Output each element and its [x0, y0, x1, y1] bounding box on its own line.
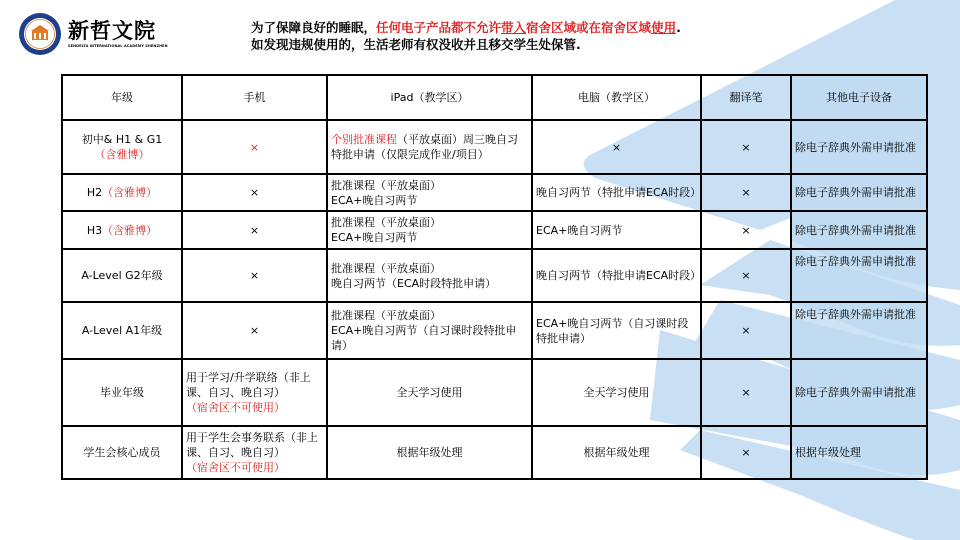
- cell-grade: H3（含雅博）: [62, 211, 182, 249]
- cell-other-devices: 除电子辞典外需申请批准: [791, 211, 927, 249]
- notice-warning-c: 宿舍区域或在宿舍区域: [526, 20, 651, 35]
- cell-grade: H2（含雅博）: [62, 174, 182, 211]
- cell-phone: ×: [182, 174, 327, 211]
- table-header-row: 年级 手机 iPad（教学区） 电脑（教学区） 翻译笔 其他电子设备: [62, 75, 927, 120]
- header-other-devices: 其他电子设备: [791, 75, 927, 120]
- table-row: A-Level G2年级 × 批准课程（平放桌面） 晚自习两节（ECA时段特批申…: [62, 249, 927, 302]
- cell-computer: 晚自习两节（特批申请ECA时段）: [532, 174, 701, 211]
- cell-ipad: 根据年级处理: [327, 426, 532, 479]
- grade-label: H3: [87, 224, 102, 237]
- header-computer: 电脑（教学区）: [532, 75, 701, 120]
- phone-note: 用于学生会事务联系（非上课、自习、晚自习）: [186, 430, 323, 460]
- cell-other-devices: 除电子辞典外需申请批准: [791, 249, 927, 302]
- table-row: A-Level A1年级 × 批准课程（平放桌面） ECA+晚自习两节（自习课时…: [62, 302, 927, 359]
- cell-other-devices: 除电子辞典外需申请批准: [791, 359, 927, 426]
- cell-phone: ×: [182, 211, 327, 249]
- notice-warning-use: 使用: [651, 20, 676, 35]
- cell-grade: 学生会核心成员: [62, 426, 182, 479]
- school-logo: 新哲文院 SENDELTA INTERNATIONAL ACADEMY SHEN…: [18, 12, 168, 56]
- grade-label: H2: [87, 186, 102, 199]
- cell-grade: 初中& H1 & G1 （含雅博）: [62, 120, 182, 174]
- phone-dorm-warning: （宿舍区不可使用）: [186, 460, 323, 475]
- cell-translator-pen: ×: [701, 249, 791, 302]
- grade-label: 初中& H1 & G1: [66, 132, 178, 147]
- cell-computer: 晚自习两节（特批申请ECA时段）: [532, 249, 701, 302]
- grade-note: （含雅博）: [102, 186, 157, 199]
- school-name-cn: 新哲文院: [68, 19, 168, 43]
- header-grade: 年级: [62, 75, 182, 120]
- cell-phone: ×: [182, 120, 327, 174]
- header-translator-pen: 翻译笔: [701, 75, 791, 120]
- cell-ipad: 全天学习使用: [327, 359, 532, 426]
- cell-computer: ECA+晚自习两节: [532, 211, 701, 249]
- cell-phone: ×: [182, 249, 327, 302]
- cell-other-devices: 除电子辞典外需申请批准: [791, 302, 927, 359]
- cell-ipad: 批准课程（平放桌面） ECA+晚自习两节: [327, 211, 532, 249]
- table-row: 初中& H1 & G1 （含雅博） × 个别批准课程（平放桌面）周三晚自习特批申…: [62, 120, 927, 174]
- table-row: 学生会核心成员 用于学生会事务联系（非上课、自习、晚自习） （宿舍区不可使用） …: [62, 426, 927, 479]
- cell-translator-pen: ×: [701, 174, 791, 211]
- notice-prefix: 为了保障良好的睡眠，: [251, 20, 376, 35]
- grade-note: （含雅博）: [102, 224, 157, 237]
- cell-grade: A-Level A1年级: [62, 302, 182, 359]
- cell-translator-pen: ×: [701, 120, 791, 174]
- table-row: H2（含雅博） × 批准课程（平放桌面） ECA+晚自习两节 晚自习两节（特批申…: [62, 174, 927, 211]
- school-emblem-icon: [18, 12, 62, 56]
- school-name-en: SENDELTA INTERNATIONAL ACADEMY SHENZHEN: [68, 43, 168, 49]
- grade-note: （含雅博）: [66, 147, 178, 162]
- cell-translator-pen: ×: [701, 426, 791, 479]
- cell-computer: ECA+晚自习两节（自习课时段特批申请）: [532, 302, 701, 359]
- device-policy-table: 年级 手机 iPad（教学区） 电脑（教学区） 翻译笔 其他电子设备 初中& H…: [61, 74, 928, 480]
- cell-computer: 根据年级处理: [532, 426, 701, 479]
- cell-grade: A-Level G2年级: [62, 249, 182, 302]
- notice-line-2: 如发现违规使用的，生活老师有权没收并且移交学生处保管.: [251, 36, 681, 53]
- cell-other-devices: 根据年级处理: [791, 426, 927, 479]
- notice-warning-a: 任何电子产品都不允许: [376, 20, 501, 35]
- notice-text: 为了保障良好的睡眠，任何电子产品都不允许带入宿舍区域或在宿舍区域使用. 如发现违…: [251, 19, 681, 53]
- cell-other-devices: 除电子辞典外需申请批准: [791, 120, 927, 174]
- phone-dorm-warning: （宿舍区不可使用）: [186, 400, 323, 415]
- phone-note: 用于学习/升学联络（非上课、自习、晚自习）: [186, 370, 323, 400]
- cell-grade: 毕业年级: [62, 359, 182, 426]
- cell-translator-pen: ×: [701, 359, 791, 426]
- table-row: 毕业年级 用于学习/升学联络（非上课、自习、晚自习） （宿舍区不可使用） 全天学…: [62, 359, 927, 426]
- cell-translator-pen: ×: [701, 211, 791, 249]
- table-row: H3（含雅博） × 批准课程（平放桌面） ECA+晚自习两节 ECA+晚自习两节…: [62, 211, 927, 249]
- cell-ipad: 批准课程（平放桌面） 晚自习两节（ECA时段特批申请）: [327, 249, 532, 302]
- cell-translator-pen: ×: [701, 302, 791, 359]
- header-phone: 手机: [182, 75, 327, 120]
- cell-ipad: 个别批准课程（平放桌面）周三晚自习特批申请（仅限完成作业/项目）: [327, 120, 532, 174]
- notice-period: .: [676, 20, 681, 35]
- cell-phone: 用于学习/升学联络（非上课、自习、晚自习） （宿舍区不可使用）: [182, 359, 327, 426]
- cell-computer: ×: [532, 120, 701, 174]
- cell-phone: ×: [182, 302, 327, 359]
- cell-other-devices: 除电子辞典外需申请批准: [791, 174, 927, 211]
- cell-ipad: 批准课程（平放桌面） ECA+晚自习两节: [327, 174, 532, 211]
- ipad-note-red: 个别批准课程: [331, 133, 397, 146]
- cell-computer: 全天学习使用: [532, 359, 701, 426]
- notice-line-1: 为了保障良好的睡眠，任何电子产品都不允许带入宿舍区域或在宿舍区域使用.: [251, 19, 681, 36]
- header-ipad: iPad（教学区）: [327, 75, 532, 120]
- notice-warning-bring-in: 带入: [501, 20, 526, 35]
- cell-phone: 用于学生会事务联系（非上课、自习、晚自习） （宿舍区不可使用）: [182, 426, 327, 479]
- cell-ipad: 批准课程（平放桌面） ECA+晚自习两节（自习课时段特批申请）: [327, 302, 532, 359]
